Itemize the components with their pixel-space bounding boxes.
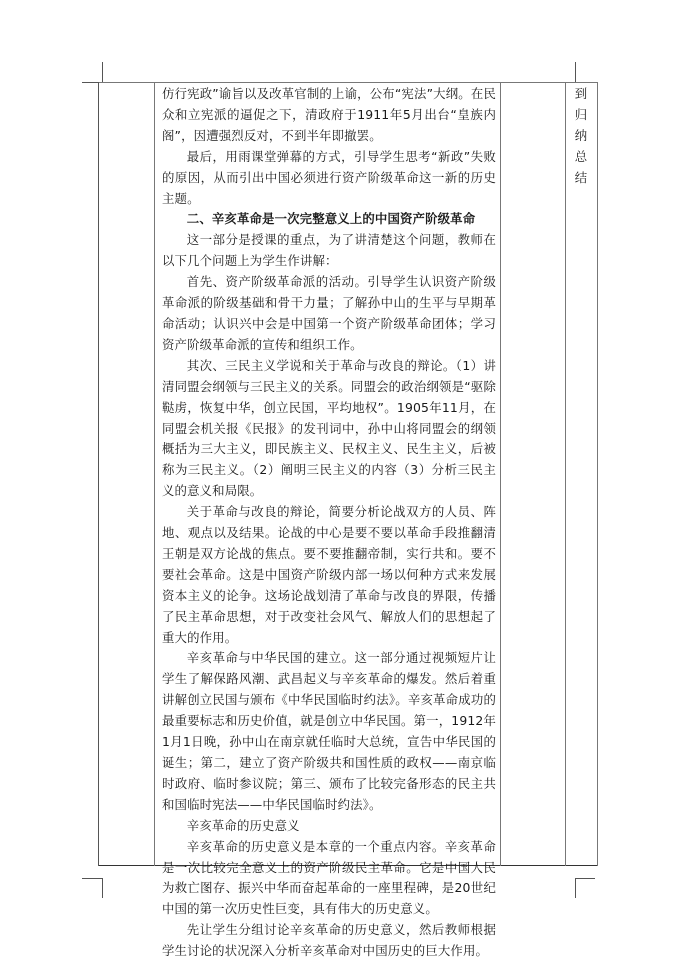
section-heading: 二、辛亥革命是一次完整意义上的中国资产阶级革命	[162, 209, 496, 230]
side-note-char: 结	[566, 168, 596, 189]
paragraph: 这一部分是授课的重点，为了讲清楚这个问题，教师在以下几个问题上为学生作讲解：	[162, 230, 496, 272]
paragraph: 关于革命与改良的辩论，简要分析论战双方的人员、阵地、观点以及结果。论战的中心是要…	[162, 502, 496, 648]
side-note-char: 纳	[566, 126, 596, 147]
paragraph: 辛亥革命与中华民国的建立。这一部分通过视频短片让学生了解保路风潮、武昌起义与辛亥…	[162, 648, 496, 815]
table-top-border	[98, 82, 598, 83]
table-right-border	[597, 82, 598, 866]
crop-mark-bottom-right-h	[575, 878, 595, 879]
paragraph: 最后，用雨课堂弹幕的方式，引导学生思考“新政”失败的原因，从而引出中国必须进行资…	[162, 147, 496, 210]
lesson-content: 仿行宪政”谕旨以及改革官制的上谕，公布“宪法”大纲。在民众和立宪派的逼促之下，清…	[162, 84, 496, 960]
column-divider-2	[500, 82, 501, 866]
side-note-char: 总	[566, 147, 596, 168]
column-divider-1	[154, 82, 155, 866]
paragraph: 辛亥革命的历史意义是本章的一个重点内容。辛亥革命是一次比较完全意义上的资产阶级民…	[162, 837, 496, 921]
paragraph: 先让学生分组讨论辛亥革命的历史意义，然后教师根据学生讨论的状况深入分析辛亥革命对…	[162, 920, 496, 960]
crop-mark-top-right-v	[575, 62, 576, 82]
subheading: 辛亥革命的历史意义	[162, 816, 496, 837]
column-divider-3	[565, 82, 566, 866]
paragraph: 仿行宪政”谕旨以及改革官制的上谕，公布“宪法”大纲。在民众和立宪派的逼促之下，清…	[162, 84, 496, 147]
paragraph: 首先、资产阶级革命派的活动。引导学生认识资产阶级革命派的阶级基础和骨干力量；了解…	[162, 272, 496, 356]
crop-mark-bottom-left-h	[82, 878, 102, 879]
side-note-char: 到	[566, 84, 596, 105]
paragraph: 其次、三民主义学说和关于革命与改良的辩论。（1）讲清同盟会纲领与三民主义的关系。…	[162, 356, 496, 502]
side-note: 到 归 纳 总 结	[566, 84, 596, 189]
table-left-border	[98, 82, 99, 866]
side-note-char: 归	[566, 105, 596, 126]
crop-mark-bottom-right-v	[575, 878, 576, 898]
crop-mark-top-left-v	[102, 62, 103, 82]
crop-mark-bottom-left-v	[102, 878, 103, 898]
